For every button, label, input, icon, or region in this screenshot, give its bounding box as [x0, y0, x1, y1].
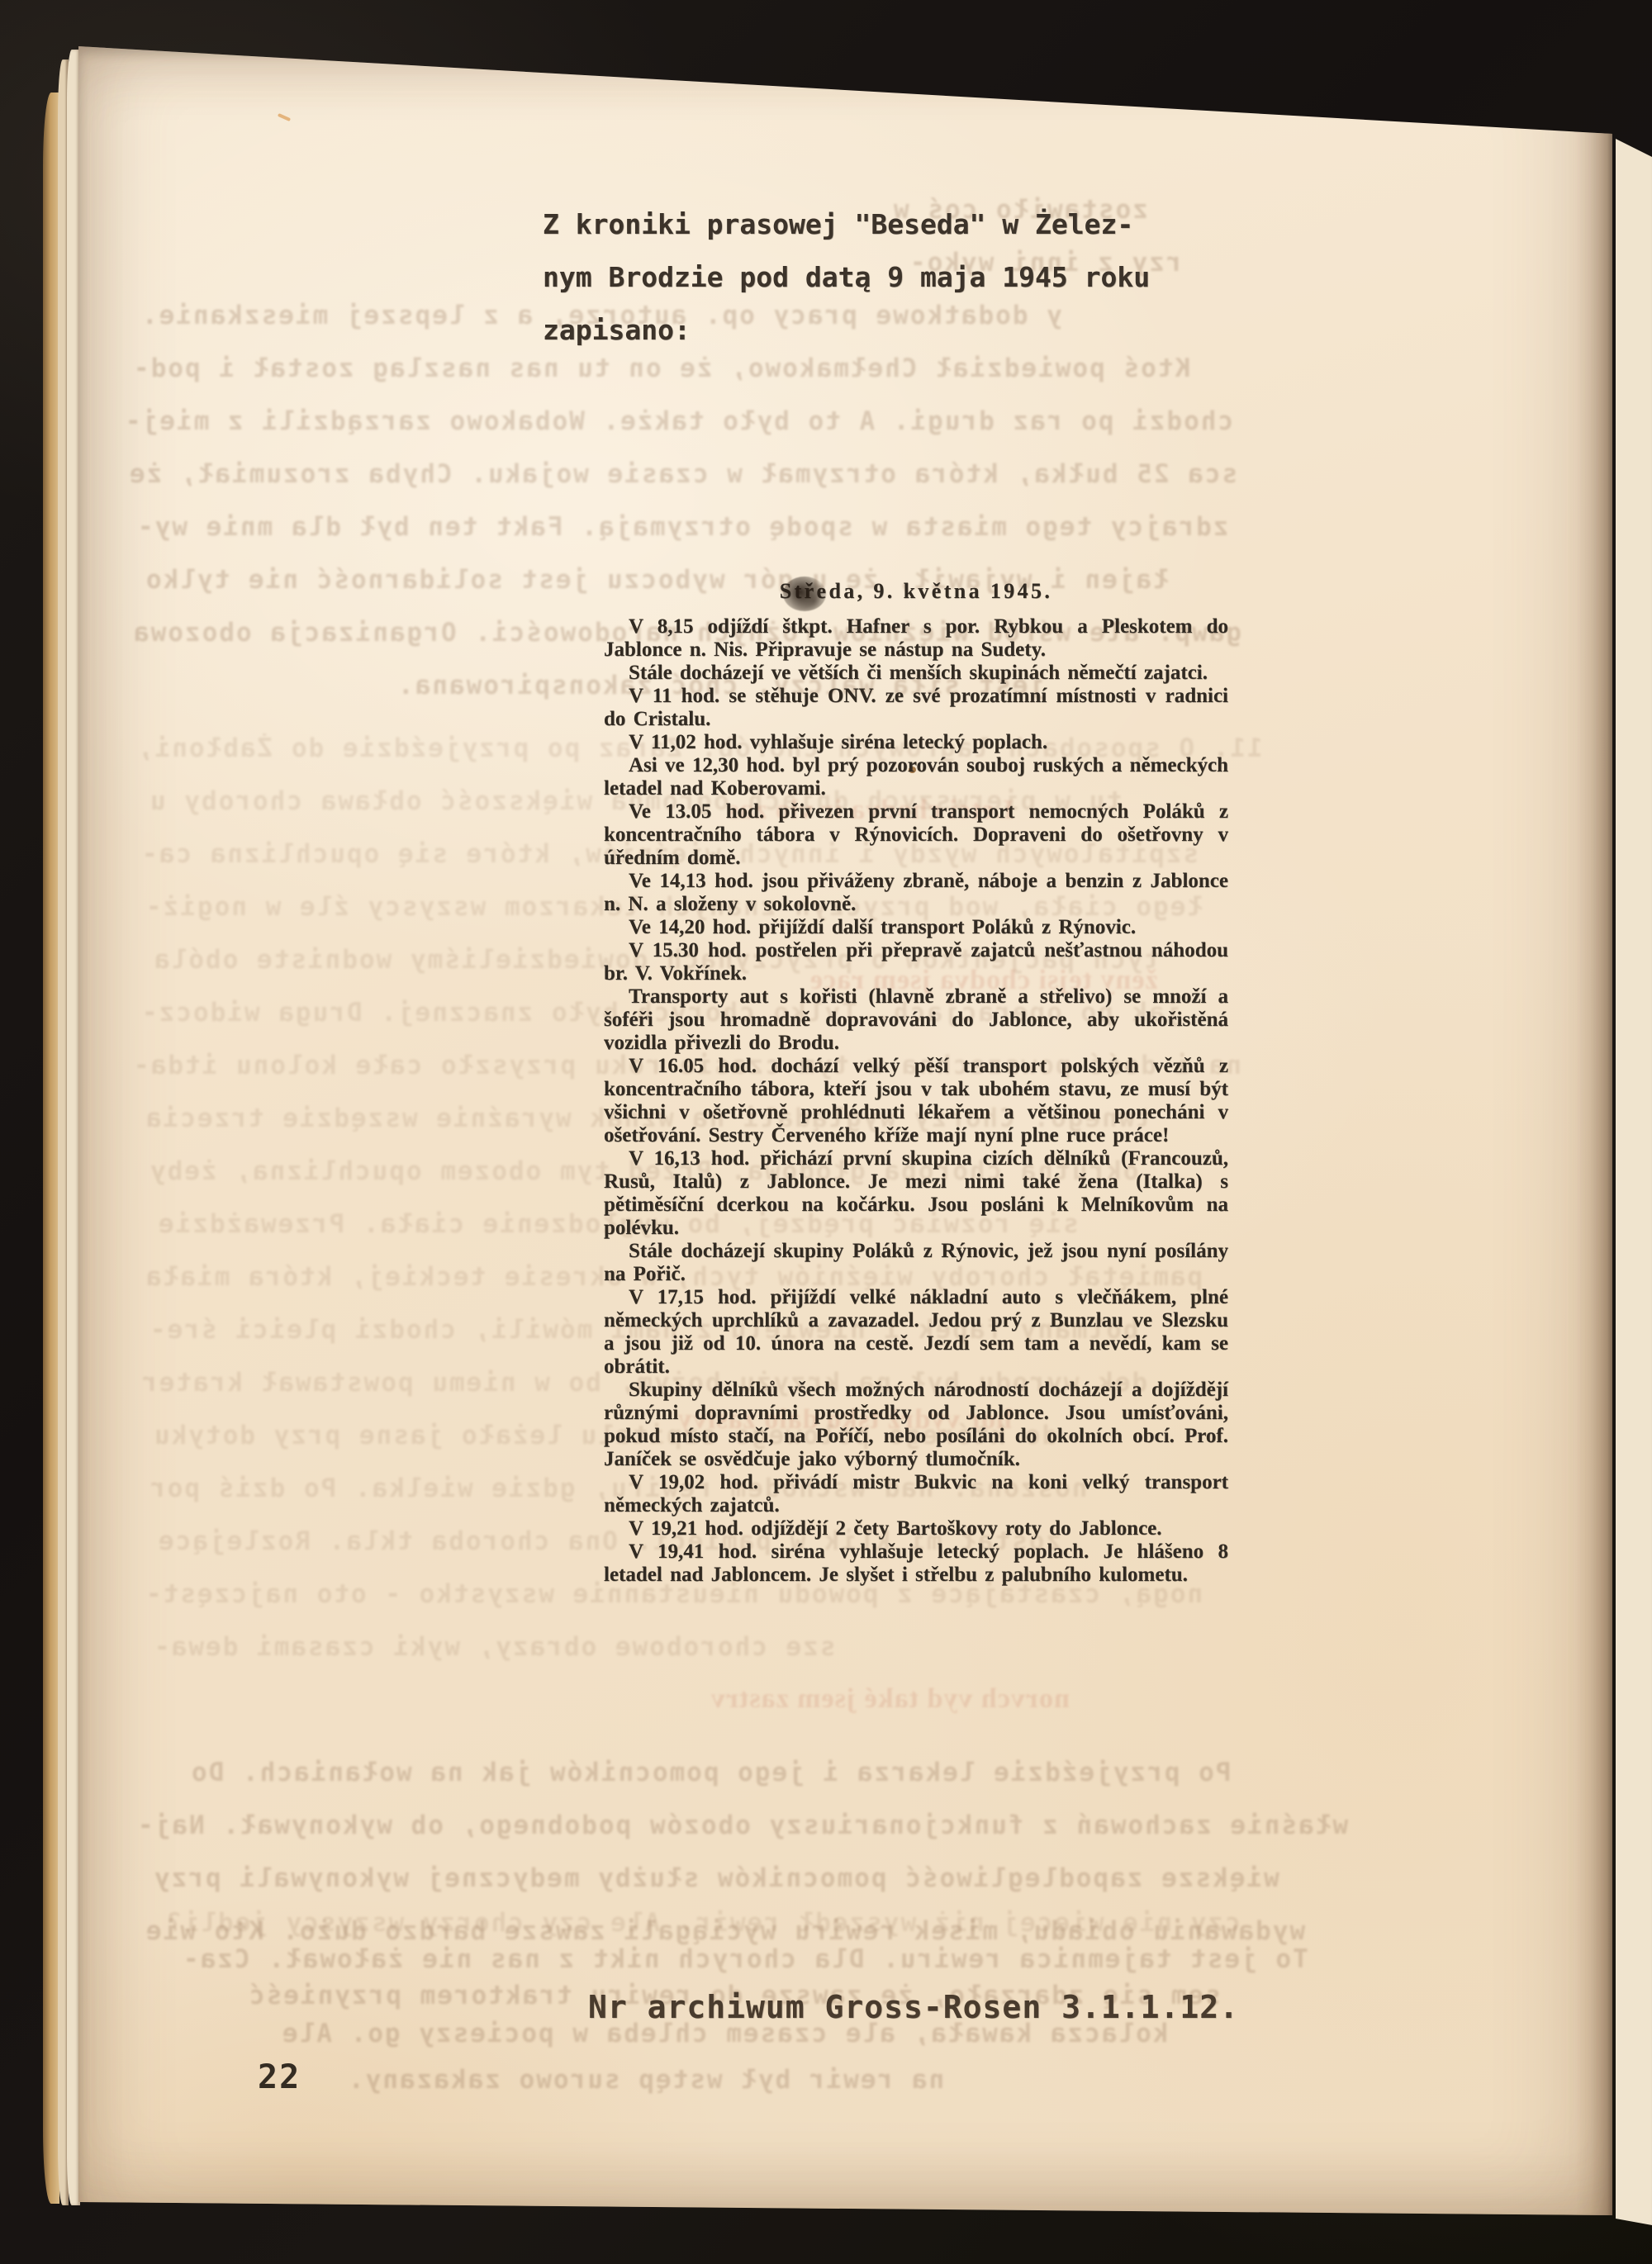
bleedthrough-line: na rewir był wstęp surowo zakazany. — [347, 2065, 944, 2095]
article-paragraph: Transporty aut s kořisti (hlavně zbraně … — [604, 985, 1228, 1055]
ink-smudge — [783, 577, 826, 611]
article-paragraph: V 19,41 hod. siréna vyhlašuje letecký po… — [604, 1540, 1228, 1587]
archive-reference: Nr archiwum Gross-Rosen 3.1.1.12. — [588, 1989, 1239, 2025]
article-paragraph: V 19,02 hod. přivádí mistr Bukvic na kon… — [604, 1471, 1228, 1517]
bleedthrough-line: zdrajcy tego miasta w spodę otrzymają. F… — [136, 512, 1228, 542]
page-number: 22 — [258, 2058, 301, 2096]
article-body: V 8,15 odjíždí štkpt. Hafner s por. Rybk… — [604, 615, 1228, 1587]
article-paragraph: V 19,21 hod. odjíždějí 2 čety Bartoškovy… — [604, 1517, 1228, 1540]
scan-background: zostawiło coś wrzy z inni wyko-y dodatko… — [0, 0, 1652, 2264]
article-paragraph: Ve 14,13 hod. jsou přiváženy zbraně, náb… — [604, 870, 1228, 916]
article-paragraph: Ve 14,20 hod. přijíždí další transport P… — [604, 916, 1228, 939]
chronicle-header: Z kroniki prasowej "Beseda" w Żelez- nym… — [543, 198, 1150, 357]
bleedthrough-line: właśnie zachowań z funkcjonariuszy obozó… — [136, 1811, 1348, 1840]
article-paragraph: Asi ve 12,30 hod. byl prý pozorován soub… — [604, 754, 1228, 800]
header-line: zapisano: — [543, 304, 1150, 357]
article-paragraph: Ve 13.05 hod. přivezen první transport n… — [604, 800, 1228, 870]
page-stack-edge — [43, 93, 59, 2204]
article: Středa, 9. května 1945. V 8,15 odjíždí š… — [604, 580, 1228, 1587]
page-stack-edge — [67, 50, 80, 2205]
bleedthrough-line: sca 25 bułka, która otrzymał w czasie wo… — [128, 459, 1237, 489]
header-line: Z kroniki prasowej "Beseda" w Żelez- — [543, 198, 1150, 251]
article-paragraph: V 11,02 hod. vyhlašuje siréna letecký po… — [604, 731, 1228, 754]
article-paragraph: Stále docházejí ve větších či menších sk… — [604, 662, 1228, 685]
article-paragraph: Skupiny dělníků všech možných národností… — [604, 1379, 1228, 1471]
bleedthrough-line: To jest tajemnica rewiru. Dla chorych ni… — [182, 1944, 1308, 1974]
bleedthrough-line: norvch vyd také jsem zastrv — [710, 1683, 1070, 1715]
article-paragraph: V 8,15 odjíždí štkpt. Hafner s por. Rybk… — [604, 615, 1228, 662]
header-line: nym Brodzie pod datą 9 maja 1945 roku — [543, 251, 1150, 304]
article-title: Středa, 9. května 1945. — [604, 580, 1228, 603]
article-paragraph: V 15.30 hod. postřelen při přepravě zaja… — [604, 939, 1228, 985]
article-paragraph: V 11 hod. se stěhuje ONV. ze své prozatí… — [604, 685, 1228, 731]
book-page: zostawiło coś wrzy z inni wyko-y dodatko… — [0, 0, 1652, 2264]
article-paragraph: V 17,15 hod. přijíždí velké nákladní aut… — [604, 1286, 1228, 1379]
bleedthrough-line: sze chorobowe obrazy, wyki czasami dewa- — [153, 1632, 836, 1662]
bleedthrough-line: większe zapodlegliwość pomocników służby… — [153, 1863, 1279, 1893]
bleedthrough-line: chodzi po raz drugi. A to było także. Wo… — [124, 406, 1233, 436]
article-paragraph: Stále docházejí skupiny Poláků z Rýnovic… — [604, 1240, 1228, 1286]
bleedthrough-line: Ktoś powiedział Chełmakowo, że on tu nas… — [132, 354, 1190, 383]
article-paragraph: V 16.05 hod. dochází velký pěší transpor… — [604, 1055, 1228, 1147]
bleedthrough-line: Po przyjeździe lekarza i jego pomocników… — [190, 1758, 1231, 1787]
article-paragraph: V 16,13 hod. přichází první skupina cizí… — [604, 1147, 1228, 1240]
page-crease — [1576, 124, 1612, 2218]
bleedthrough-line: czy nie więcej niż wyszedł rewir. Ale cz… — [165, 1908, 1241, 1938]
